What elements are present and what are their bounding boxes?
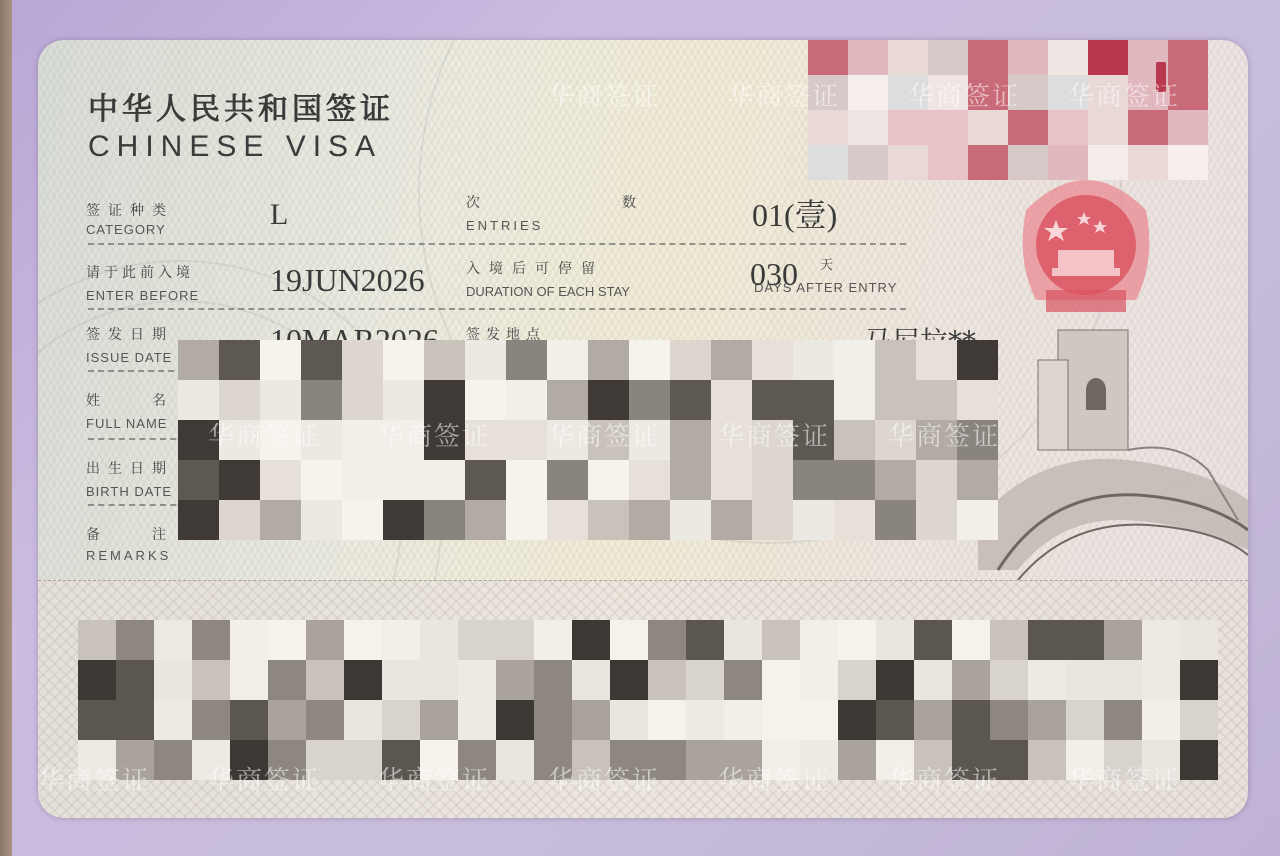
mosaic-cell — [838, 740, 876, 780]
mosaic-cell — [838, 660, 876, 700]
mosaic-cell — [268, 700, 306, 740]
mosaic-cell — [1142, 620, 1180, 660]
mosaic-cell — [424, 340, 465, 380]
mosaic-cell — [724, 620, 762, 660]
mosaic-cell — [342, 380, 383, 420]
mosaic-cell — [1066, 660, 1104, 700]
mosaic-cell — [260, 380, 301, 420]
mosaic-cell — [629, 340, 670, 380]
mosaic-cell — [1104, 660, 1142, 700]
mosaic-cell — [957, 500, 998, 540]
mosaic-cell — [875, 500, 916, 540]
mosaic-cell — [1104, 620, 1142, 660]
mosaic-cell — [957, 380, 998, 420]
mosaic-cell — [762, 660, 800, 700]
mosaic-cell — [724, 700, 762, 740]
mosaic-cell — [888, 40, 928, 75]
mosaic-cell — [928, 110, 968, 145]
mosaic-cell — [1028, 620, 1066, 660]
mosaic-cell — [572, 620, 610, 660]
mosaic-cell — [268, 660, 306, 700]
mosaic-cell — [496, 700, 534, 740]
mosaic-cell — [572, 660, 610, 700]
entries-value: 01(壹) — [752, 190, 837, 236]
mosaic-cell — [648, 660, 686, 700]
mosaic-cell — [230, 660, 268, 700]
mosaic-cell — [382, 700, 420, 740]
mosaic-cell — [648, 620, 686, 660]
mosaic-cell — [260, 460, 301, 500]
mosaic-cell — [268, 620, 306, 660]
mosaic-cell — [928, 145, 968, 180]
mosaic-cell — [952, 700, 990, 740]
mosaic-cell — [834, 500, 875, 540]
mosaic-cell — [178, 340, 219, 380]
mosaic-cell — [496, 740, 534, 780]
mosaic-cell — [1048, 145, 1088, 180]
duration-label-en: DURATION OF EACH STAY — [466, 284, 630, 299]
enter-before-label-cn: 请于此前入境 — [86, 262, 194, 282]
mosaic-cell — [154, 660, 192, 700]
mosaic-cell — [1048, 40, 1088, 75]
mosaic-cell — [588, 340, 629, 380]
mosaic-cell — [219, 340, 260, 380]
mosaic-cell — [1048, 110, 1088, 145]
mosaic-cell — [458, 660, 496, 700]
mosaic-cell — [1168, 40, 1208, 75]
watermark-text: 华商签证 — [728, 76, 840, 113]
mosaic-cell — [383, 340, 424, 380]
mosaic-cell — [420, 700, 458, 740]
mosaic-cell — [762, 700, 800, 740]
mosaic-cell — [711, 380, 752, 420]
watermark-text: 华商签证 — [38, 760, 150, 797]
watermark-text: 华商签证 — [888, 760, 1000, 797]
mosaic-cell — [834, 420, 875, 460]
mosaic-cell — [588, 500, 629, 540]
mosaic-cell — [648, 700, 686, 740]
mosaic-cell — [154, 700, 192, 740]
mosaic-cell — [834, 380, 875, 420]
mosaic-cell — [465, 500, 506, 540]
watermark-text: 华商签证 — [548, 416, 660, 453]
mosaic-cell — [219, 500, 260, 540]
mosaic-cell — [465, 340, 506, 380]
mosaic-cell — [342, 420, 383, 460]
mosaic-cell — [686, 620, 724, 660]
duration-unit-en: DAYS AFTER ENTRY — [754, 280, 897, 295]
mosaic-cell — [547, 380, 588, 420]
mosaic-cell — [670, 460, 711, 500]
mosaic-cell — [793, 460, 834, 500]
mosaic-cell — [301, 500, 342, 540]
mosaic-cell — [465, 460, 506, 500]
mosaic-cell — [808, 40, 848, 75]
mosaic-cell — [458, 700, 496, 740]
mosaic-cell — [301, 340, 342, 380]
watermark-text: 华商签证 — [548, 760, 660, 797]
mosaic-cell — [344, 740, 382, 780]
remarks-label-cn: 备 注 — [86, 524, 174, 544]
watermark-text: 华商签证 — [718, 416, 830, 453]
mosaic-cell — [928, 40, 968, 75]
mosaic-cell — [424, 460, 465, 500]
mosaic-cell — [78, 660, 116, 700]
mosaic-cell — [1128, 110, 1168, 145]
mosaic-cell — [534, 660, 572, 700]
mosaic-cell — [588, 380, 629, 420]
mosaic-cell — [344, 700, 382, 740]
mosaic-cell — [990, 620, 1028, 660]
mosaic-cell — [1104, 700, 1142, 740]
mosaic-cell — [506, 420, 547, 460]
watermark-text: 华商签证 — [888, 416, 1000, 453]
mosaic-cell — [506, 380, 547, 420]
mosaic-cell — [342, 460, 383, 500]
remarks-label-en: REMARKS — [86, 548, 171, 563]
mosaic-cell — [547, 340, 588, 380]
mosaic-cell — [875, 340, 916, 380]
mosaic-cell — [848, 75, 888, 110]
mosaic-cell — [610, 660, 648, 700]
mosaic-cell — [420, 660, 458, 700]
mosaic-cell — [1180, 740, 1218, 780]
mosaic-cell — [848, 40, 888, 75]
mosaic-cell — [1028, 700, 1066, 740]
mosaic-cell — [116, 660, 154, 700]
mosaic-cell — [116, 700, 154, 740]
mosaic-cell — [1168, 110, 1208, 145]
mosaic-cell — [178, 500, 219, 540]
mosaic-cell — [547, 460, 588, 500]
mosaic-cell — [344, 620, 382, 660]
category-label-en: CATEGORY — [86, 222, 166, 237]
mosaic-cell — [990, 660, 1028, 700]
passport-page-edge — [0, 0, 12, 856]
mosaic-cell — [506, 340, 547, 380]
mosaic-cell — [178, 460, 219, 500]
mosaic-cell — [838, 700, 876, 740]
watermark-text: 华商签证 — [378, 760, 490, 797]
mosaic-cell — [424, 500, 465, 540]
mosaic-cell — [506, 460, 547, 500]
mosaic-cell — [990, 700, 1028, 740]
mosaic-cell — [888, 110, 928, 145]
mosaic-cell — [424, 380, 465, 420]
mosaic-cell — [458, 620, 496, 660]
mosaic-cell — [793, 380, 834, 420]
watermark-text: 华商签证 — [378, 416, 490, 453]
mosaic-cell — [588, 460, 629, 500]
mosaic-cell — [1088, 110, 1128, 145]
mosaic-cell — [670, 380, 711, 420]
mosaic-cell — [192, 660, 230, 700]
mosaic-cell — [1142, 660, 1180, 700]
visa-sticker: 中华人民共和国签证 CHINESE VISA 签证种类 CATEGORY L 请… — [38, 40, 1248, 818]
mosaic-cell — [848, 110, 888, 145]
mosaic-cell — [875, 460, 916, 500]
mosaic-cell — [154, 740, 192, 780]
mosaic-cell — [342, 500, 383, 540]
watermark-text: 华商签证 — [548, 76, 660, 113]
mosaic-cell — [383, 380, 424, 420]
mosaic-cell — [230, 700, 268, 740]
mosaic-cell — [547, 500, 588, 540]
mosaic-cell — [1066, 620, 1104, 660]
mosaic-cell — [952, 620, 990, 660]
mosaic-cell — [686, 700, 724, 740]
watermark-text: 华商签证 — [208, 760, 320, 797]
mosaic-cell — [178, 380, 219, 420]
mosaic-cell — [154, 620, 192, 660]
duration-unit-cn: 天 — [820, 254, 833, 273]
watermark-text: 华商签证 — [208, 416, 320, 453]
mosaic-cell — [724, 660, 762, 700]
mosaic-cell — [383, 460, 424, 500]
mosaic-cell — [610, 620, 648, 660]
mosaic-cell — [916, 380, 957, 420]
duration-label-cn: 入境后可停留 — [466, 258, 604, 278]
mosaic-cell — [301, 380, 342, 420]
mosaic-cell — [192, 620, 230, 660]
full-name-label-en: FULL NAME — [86, 416, 167, 431]
mosaic-cell — [306, 660, 344, 700]
mosaic-cell — [506, 500, 547, 540]
category-label-cn: 签证种类 — [86, 200, 174, 220]
redacted-mrz — [78, 620, 1218, 780]
mosaic-cell — [1008, 110, 1048, 145]
mosaic-cell — [342, 340, 383, 380]
mosaic-cell — [834, 340, 875, 380]
mosaic-cell — [1008, 145, 1048, 180]
mosaic-cell — [629, 460, 670, 500]
mosaic-cell — [1180, 620, 1218, 660]
mosaic-cell — [496, 660, 534, 700]
mosaic-cell — [670, 340, 711, 380]
mosaic-cell — [230, 620, 268, 660]
mosaic-cell — [116, 620, 154, 660]
enter-before-label-en: ENTER BEFORE — [86, 288, 199, 303]
mosaic-cell — [762, 620, 800, 660]
mosaic-cell — [496, 620, 534, 660]
mosaic-cell — [1128, 145, 1168, 180]
entries-label-cn: 次 数 — [466, 192, 674, 212]
mosaic-cell — [1008, 40, 1048, 75]
mosaic-cell — [968, 110, 1008, 145]
mosaic-cell — [752, 460, 793, 500]
issue-date-label-cn: 签发日期 — [86, 324, 174, 344]
mosaic-cell — [572, 700, 610, 740]
mosaic-cell — [306, 620, 344, 660]
mosaic-cell — [382, 660, 420, 700]
watermark-text: 华商签证 — [718, 760, 830, 797]
row-divider — [88, 243, 906, 245]
mosaic-cell — [1180, 700, 1218, 740]
mosaic-cell — [1066, 700, 1104, 740]
watermark-text: 华商签证 — [1068, 76, 1180, 113]
mosaic-cell — [610, 700, 648, 740]
mosaic-cell — [344, 660, 382, 700]
mosaic-cell — [219, 380, 260, 420]
mosaic-cell — [888, 145, 928, 180]
mosaic-cell — [192, 700, 230, 740]
mosaic-cell — [1088, 40, 1128, 75]
mosaic-cell — [876, 700, 914, 740]
mosaic-cell — [968, 145, 1008, 180]
mosaic-cell — [260, 340, 301, 380]
mosaic-cell — [916, 460, 957, 500]
mosaic-cell — [914, 700, 952, 740]
great-wall-illustration — [978, 320, 1248, 580]
mosaic-cell — [1168, 145, 1208, 180]
issue-date-label-en: ISSUE DATE — [86, 350, 172, 365]
mosaic-cell — [968, 40, 1008, 75]
mosaic-cell — [1028, 740, 1066, 780]
mosaic-cell — [800, 660, 838, 700]
mosaic-cell — [383, 500, 424, 540]
mosaic-cell — [800, 700, 838, 740]
mosaic-cell — [1028, 660, 1066, 700]
mosaic-cell — [752, 380, 793, 420]
mosaic-cell — [711, 340, 752, 380]
mosaic-cell — [420, 620, 458, 660]
watermark-text: 华商签证 — [908, 76, 1020, 113]
mosaic-cell — [1180, 660, 1218, 700]
mosaic-cell — [875, 380, 916, 420]
mosaic-cell — [752, 340, 793, 380]
entries-label-en: ENTRIES — [466, 218, 543, 233]
full-name-label-cn: 姓 名 — [86, 390, 174, 410]
mosaic-cell — [957, 340, 998, 380]
mosaic-cell — [301, 460, 342, 500]
row-divider — [88, 308, 906, 310]
mosaic-cell — [808, 145, 848, 180]
visa-title-english: CHINESE VISA — [88, 130, 382, 164]
mosaic-cell — [952, 660, 990, 700]
category-value: L — [270, 198, 288, 232]
mosaic-cell — [534, 620, 572, 660]
visa-title-chinese: 中华人民共和国签证 — [88, 84, 394, 128]
mosaic-cell — [848, 145, 888, 180]
enter-before-value: 19JUN2026 — [270, 262, 425, 299]
mosaic-cell — [686, 660, 724, 700]
mosaic-cell — [78, 620, 116, 660]
mosaic-cell — [876, 620, 914, 660]
mosaic-cell — [834, 460, 875, 500]
mosaic-cell — [876, 660, 914, 700]
mosaic-cell — [534, 700, 572, 740]
mosaic-cell — [752, 500, 793, 540]
birth-date-label-en: BIRTH DATE — [86, 484, 172, 499]
mosaic-cell — [670, 500, 711, 540]
mosaic-cell — [1088, 145, 1128, 180]
birth-date-label-cn: 出生日期 — [86, 458, 174, 478]
mosaic-cell — [838, 620, 876, 660]
mosaic-cell — [793, 340, 834, 380]
mosaic-cell — [78, 700, 116, 740]
mosaic-cell — [793, 500, 834, 540]
mosaic-cell — [914, 620, 952, 660]
mosaic-cell — [382, 620, 420, 660]
mosaic-cell — [629, 380, 670, 420]
mosaic-cell — [711, 500, 752, 540]
mosaic-cell — [629, 500, 670, 540]
mosaic-cell — [465, 380, 506, 420]
mosaic-cell — [800, 620, 838, 660]
mosaic-cell — [306, 700, 344, 740]
mosaic-cell — [957, 460, 998, 500]
mosaic-cell — [219, 460, 260, 500]
watermark-text: 华商签证 — [1068, 760, 1180, 797]
mosaic-cell — [1142, 700, 1180, 740]
mosaic-cell — [711, 460, 752, 500]
mosaic-cell — [914, 660, 952, 700]
mosaic-cell — [808, 110, 848, 145]
mosaic-cell — [916, 340, 957, 380]
mosaic-cell — [670, 420, 711, 460]
mosaic-cell — [916, 500, 957, 540]
mosaic-cell — [260, 500, 301, 540]
